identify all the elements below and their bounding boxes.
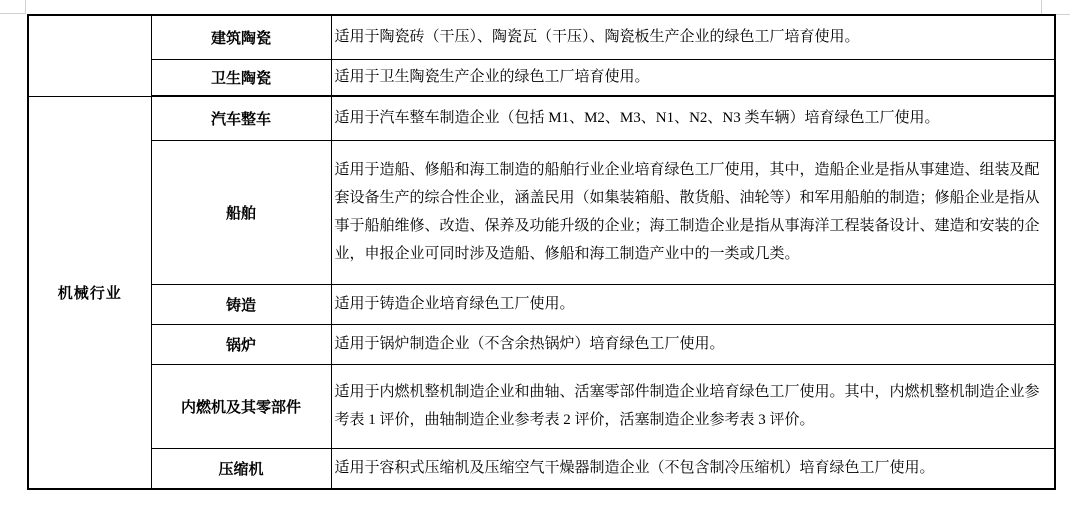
table-row: 锅炉 适用于锅炉制造企业（不含余热锅炉）培育绿色工厂使用。 — [28, 324, 1055, 364]
description-cell: 适用于锅炉制造企业（不含余热锅炉）培育绿色工厂使用。 — [331, 324, 1055, 364]
category-cell: 建筑陶瓷 — [151, 15, 331, 59]
table-row: 建筑陶瓷 适用于陶瓷砖（干压）、陶瓷瓦（干压）、陶瓷板生产企业的绿色工厂培育使用… — [28, 15, 1055, 59]
category-cell: 锅炉 — [151, 324, 331, 364]
table-row: 卫生陶瓷 适用于卫生陶瓷生产企业的绿色工厂培育使用。 — [28, 59, 1055, 96]
category-cell: 卫生陶瓷 — [151, 59, 331, 96]
industry-group-cell-truncated — [28, 15, 151, 96]
description-cell: 适用于卫生陶瓷生产企业的绿色工厂培育使用。 — [331, 59, 1055, 96]
industry-group-cell-machinery: 机械行业 — [28, 96, 151, 489]
category-cell: 船舶 — [151, 140, 331, 284]
description-cell: 适用于内燃机整机制造企业和曲轴、活塞零部件制造企业培育绿色工厂使用。其中，内燃机… — [331, 364, 1055, 448]
category-cell: 汽车整车 — [151, 96, 331, 140]
description-cell: 适用于陶瓷砖（干压）、陶瓷瓦（干压）、陶瓷板生产企业的绿色工厂培育使用。 — [331, 15, 1055, 59]
table-row: 压缩机 适用于容积式压缩机及压缩空气干燥器制造企业（不包含制冷压缩机）培育绿色工… — [28, 448, 1055, 489]
description-cell: 适用于容积式压缩机及压缩空气干燥器制造企业（不包含制冷压缩机）培育绿色工厂使用。 — [331, 448, 1055, 489]
text-boundary-mark-top-left-horizontal — [0, 13, 26, 14]
table-row: 内燃机及其零部件 适用于内燃机整机制造企业和曲轴、活塞零部件制造企业培育绿色工厂… — [28, 364, 1055, 448]
description-cell: 适用于铸造企业培育绿色工厂使用。 — [331, 284, 1055, 324]
table-row: 船舶 适用于造船、修船和海工制造的船舶行业企业培育绿色工厂使用，其中，造船企业是… — [28, 140, 1055, 284]
description-cell: 适用于汽车整车制造企业（包括 M1、M2、M3、N1、N2、N3 类车辆）培育绿… — [331, 96, 1055, 140]
description-cell: 适用于造船、修船和海工制造的船舶行业企业培育绿色工厂使用，其中，造船企业是指从事… — [331, 140, 1055, 284]
category-cell: 压缩机 — [151, 448, 331, 489]
document-page: { "colors": { "background": "#ffffff", "… — [0, 0, 1070, 512]
text-boundary-mark-top-right-vertical — [1041, 0, 1042, 14]
text-boundary-mark-top-left-vertical — [25, 0, 26, 14]
category-cell: 铸造 — [151, 284, 331, 324]
industry-standards-table: 建筑陶瓷 适用于陶瓷砖（干压）、陶瓷瓦（干压）、陶瓷板生产企业的绿色工厂培育使用… — [27, 14, 1056, 490]
table-row: 铸造 适用于铸造企业培育绿色工厂使用。 — [28, 284, 1055, 324]
category-cell: 内燃机及其零部件 — [151, 364, 331, 448]
table-row: 机械行业 汽车整车 适用于汽车整车制造企业（包括 M1、M2、M3、N1、N2、… — [28, 96, 1055, 140]
text-boundary-mark-top-right-horizontal — [1054, 14, 1070, 15]
